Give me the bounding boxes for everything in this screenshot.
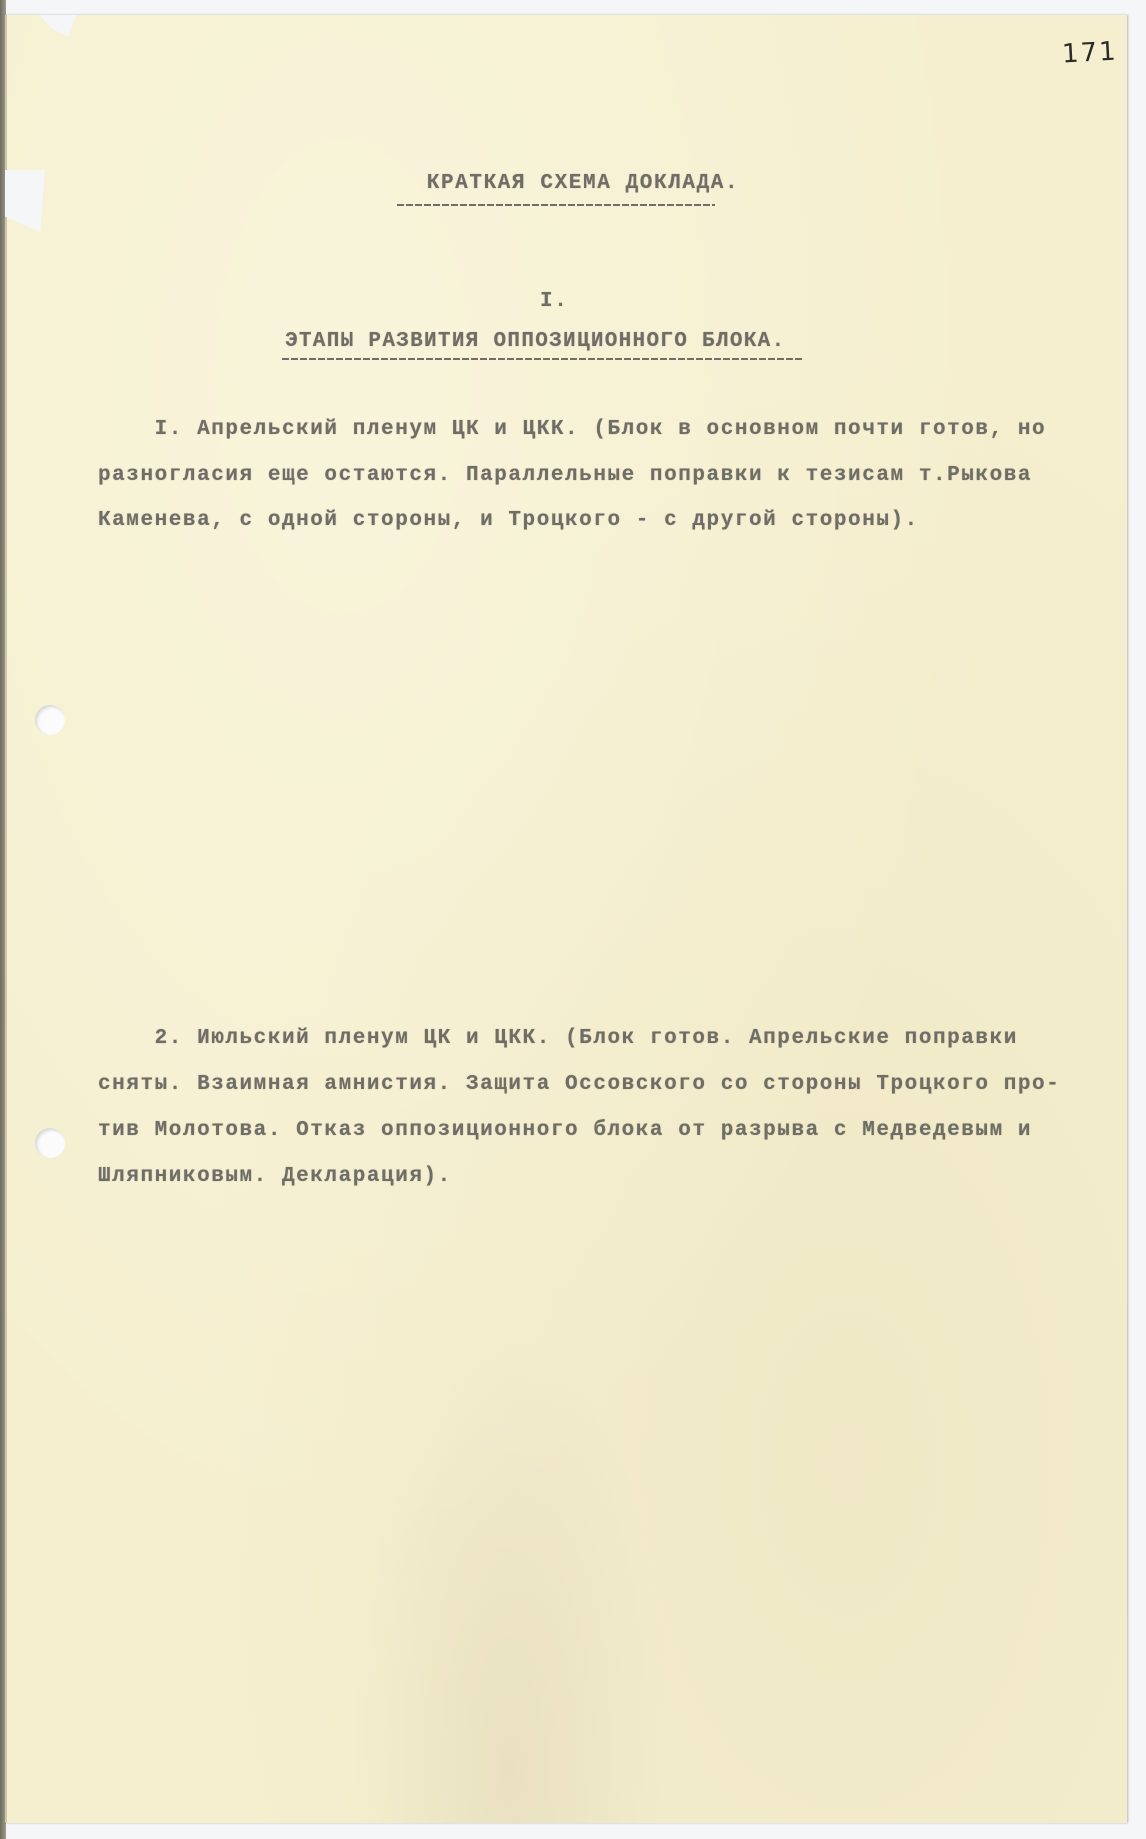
document-title: КРАТКАЯ СХЕМА ДОКЛАДА. [0,172,1146,195]
paragraph-line: Шляпниковым. Декларация). [98,1165,452,1188]
paragraph-line: сняты. Взаимная амнистия. Защита Оссовск… [98,1073,1060,1096]
paragraph-line: тив Молотова. Отказ оппозиционного блока… [98,1119,1032,1142]
punch-hole-icon [35,705,65,735]
section-heading-underline [282,358,802,360]
paragraph-line: Каменева, с одной стороны, и Троцкого - … [98,509,919,532]
punch-hole-icon [35,1128,65,1158]
folio-number: 171 [1061,37,1118,70]
section-number: I. [540,290,568,313]
paragraph-line: 2. Июльский пленум ЦК и ЦКК. (Блок готов… [98,1027,1018,1050]
paragraph-line: разногласия еще остаются. Параллельные п… [98,464,1032,487]
paragraph-line: I. Апрельский пленум ЦК и ЦКК. (Блок в о… [98,418,1046,441]
section-heading: ЭТАПЫ РАЗВИТИЯ ОППОЗИЦИОННОГО БЛОКА. [285,330,785,353]
document-page [5,15,1127,1823]
title-underline [397,204,715,206]
